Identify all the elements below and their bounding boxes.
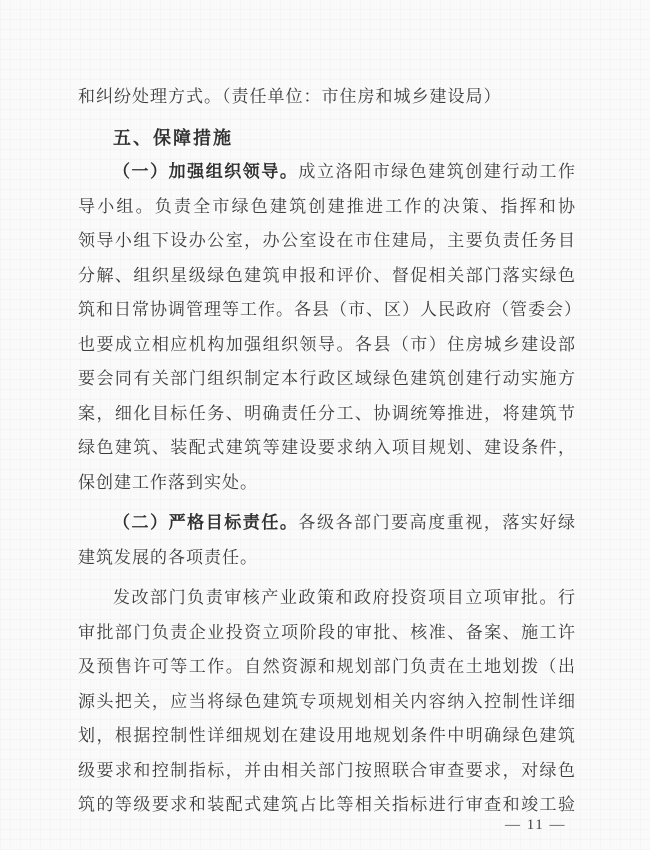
text-line-run: 分解、组织星级绿色建筑申报和评价、督促相关部门落实绿色建 <box>78 266 576 294</box>
text-line-run: 导小组。负责全市绿色建筑创建推进工作的决策、指挥和协调。 <box>78 197 576 225</box>
text-line-run: 审批部门负责企业投资立项阶段的审批、核准、备案、施工许可 <box>78 623 576 651</box>
text-line-run: 及预售许可等工作。自然资源和规划部门负责在土地划拨（出让） <box>78 657 576 685</box>
text-line: 领导小组下设办公室，办公室设在市住建局，主要负责任务目标 <box>78 224 576 259</box>
text-line: 保创建工作落到实处。 <box>78 466 576 501</box>
text-line: 筑的等级要求和装配式建筑占比等相关指标进行审查和竣工验 <box>78 788 576 823</box>
text-line: （二）严格目标责任。各级各部门要高度重视，落实好绿色 <box>78 506 576 541</box>
text-line-run: 筑和日常协调管理等工作。各县（市、区）人民政府（管委会） <box>78 300 576 319</box>
text-line: 和纠纷处理方式。（责任单位：市住房和城乡建设局） <box>78 80 576 115</box>
text-line: 级要求和控制指标，并由相关部门按照联合审查要求，对绿色建 <box>78 754 576 789</box>
text-line-run: 级要求和控制指标，并由相关部门按照联合审查要求，对绿色建 <box>78 761 576 789</box>
text-line-run: 保创建工作落到实处。 <box>78 473 258 492</box>
text-line-run: 绿色建筑、装配式建筑等建设要求纳入项目规划、建设条件，确 <box>78 438 576 466</box>
page-number: — 11 — <box>505 817 566 834</box>
text-line-bold-run: （一）加强组织领导。 <box>113 162 298 181</box>
text-line-bold-run: 五、保障措施 <box>113 128 233 148</box>
text-line: 及预售许可等工作。自然资源和规划部门负责在土地划拨（出让） <box>78 650 576 685</box>
text-line-run: 筑的等级要求和装配式建筑占比等相关指标进行审查和竣工验 <box>78 795 576 814</box>
text-line: 要会同有关部门组织制定本行政区域绿色建筑创建行动实施方 <box>78 362 576 397</box>
scanned-document-page: 和纠纷处理方式。（责任单位：市住房和城乡建设局）五、保障措施（一）加强组织领导。… <box>0 0 650 850</box>
text-line-bold-run: （二）严格目标责任。 <box>113 513 298 532</box>
text-line-run: 建筑发展的各项责任。 <box>78 548 258 567</box>
text-line: 源头把关，应当将绿色建筑专项规划相关内容纳入控制性详细规 <box>78 685 576 720</box>
text-line: 分解、组织星级绿色建筑申报和评价、督促相关部门落实绿色建 <box>78 259 576 294</box>
text-line-run: 源头把关，应当将绿色建筑专项规划相关内容纳入控制性详细规 <box>78 692 576 720</box>
text-line: 绿色建筑、装配式建筑等建设要求纳入项目规划、建设条件，确 <box>78 431 576 466</box>
text-line: （一）加强组织领导。成立洛阳市绿色建筑创建行动工作领 <box>78 155 576 190</box>
text-line-run: 划，根据控制性详细规划在建设用地规划条件中明确绿色建筑等 <box>78 726 576 754</box>
text-line: 发改部门负责审核产业政策和政府投资项目立项审批。行政 <box>78 581 576 616</box>
text-line-run: 领导小组下设办公室，办公室设在市住建局，主要负责任务目标 <box>78 231 576 259</box>
text-line-run: 案，细化目标任务、明确责任分工、协调统筹推进，将建筑节能、 <box>78 404 576 432</box>
text-line: 建筑发展的各项责任。 <box>78 541 576 576</box>
text-line: 也要成立相应机构加强组织领导。各县（市）住房城乡建设部门 <box>78 328 576 363</box>
text-line: 五、保障措施 <box>78 121 576 156</box>
text-line: 案，细化目标任务、明确责任分工、协调统筹推进，将建筑节能、 <box>78 397 576 432</box>
text-line: 划，根据控制性详细规划在建设用地规划条件中明确绿色建筑等 <box>78 719 576 754</box>
text-line-run: 发改部门负责审核产业政策和政府投资项目立项审批。行政 <box>113 588 576 616</box>
text-line: 导小组。负责全市绿色建筑创建推进工作的决策、指挥和协调。 <box>78 190 576 225</box>
text-line-run: 要会同有关部门组织制定本行政区域绿色建筑创建行动实施方 <box>78 369 576 388</box>
text-line: 筑和日常协调管理等工作。各县（市、区）人民政府（管委会） <box>78 293 576 328</box>
text-line: 审批部门负责企业投资立项阶段的审批、核准、备案、施工许可 <box>78 616 576 651</box>
document-text-block: 和纠纷处理方式。（责任单位：市住房和城乡建设局）五、保障措施（一）加强组织领导。… <box>78 80 576 823</box>
text-line-run: 和纠纷处理方式。（责任单位：市住房和城乡建设局） <box>78 87 502 106</box>
text-line-run: 也要成立相应机构加强组织领导。各县（市）住房城乡建设部门 <box>78 335 576 363</box>
